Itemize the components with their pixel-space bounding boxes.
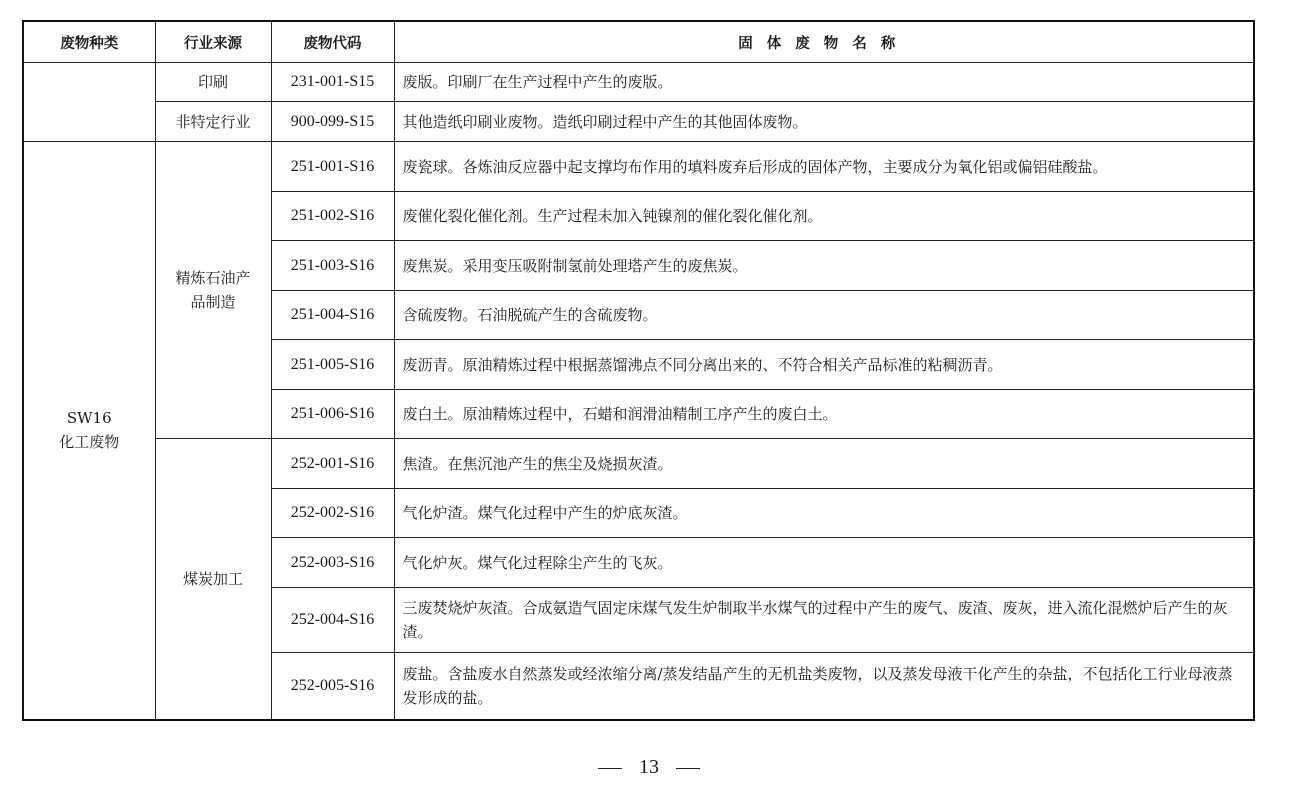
table-row: 印刷 231-001-S15 废版。印刷厂在生产过程中产生的废版。 <box>23 63 1254 102</box>
dash-left-decoration <box>598 768 622 769</box>
code-cell: 251-001-S16 <box>271 142 394 192</box>
dash-right-decoration <box>676 768 700 769</box>
header-waste-category: 废物种类 <box>23 21 155 63</box>
description-cell: 废盐。含盐废水自然蒸发或经浓缩分离/蒸发结晶产生的无机盐类废物，以及蒸发母液干化… <box>394 653 1254 720</box>
source-cell-coal: 煤炭加工 <box>155 439 271 720</box>
category-label: 化工废物 <box>32 430 147 454</box>
source-label-line1: 精炼石油产 <box>164 266 263 290</box>
description-cell: 废白土。原油精炼过程中，石蜡和润滑油精制工序产生的废白土。 <box>394 390 1254 439</box>
description-cell: 气化炉灰。煤气化过程除尘产生的飞灰。 <box>394 538 1254 588</box>
page-footer: 13 <box>0 756 1298 779</box>
code-cell: 231-001-S15 <box>271 63 394 102</box>
category-cell-sw16: SW16 化工废物 <box>23 142 155 720</box>
source-cell: 印刷 <box>155 63 271 102</box>
category-code: SW16 <box>32 406 147 430</box>
code-cell: 252-005-S16 <box>271 653 394 720</box>
table-row: 煤炭加工 252-001-S16 焦渣。在焦沉池产生的焦尘及烧损灰渣。 <box>23 439 1254 489</box>
description-cell: 废瓷球。各炼油反应器中起支撑均布作用的填料废弃后形成的固体产物，主要成分为氧化铝… <box>394 142 1254 192</box>
header-waste-code: 废物代码 <box>271 21 394 63</box>
code-cell: 251-003-S16 <box>271 241 394 291</box>
description-cell: 其他造纸印刷业废物。造纸印刷过程中产生的其他固体废物。 <box>394 102 1254 142</box>
code-cell: 252-004-S16 <box>271 588 394 653</box>
code-cell: 251-006-S16 <box>271 390 394 439</box>
category-cell-empty <box>23 63 155 142</box>
code-cell: 251-002-S16 <box>271 192 394 241</box>
header-industry-source: 行业来源 <box>155 21 271 63</box>
code-cell: 900-099-S15 <box>271 102 394 142</box>
table-header-row: 废物种类 行业来源 废物代码 固体废物名称 <box>23 21 1254 63</box>
description-cell: 废催化裂化催化剂。生产过程未加入钝镍剂的催化裂化催化剂。 <box>394 192 1254 241</box>
code-cell: 252-001-S16 <box>271 439 394 489</box>
code-cell: 251-004-S16 <box>271 291 394 340</box>
description-cell: 废版。印刷厂在生产过程中产生的废版。 <box>394 63 1254 102</box>
source-label-line2: 品制造 <box>164 290 263 314</box>
table-row: 非特定行业 900-099-S15 其他造纸印刷业废物。造纸印刷过程中产生的其他… <box>23 102 1254 142</box>
table-row: SW16 化工废物 精炼石油产 品制造 251-001-S16 废瓷球。各炼油反… <box>23 142 1254 192</box>
source-cell: 非特定行业 <box>155 102 271 142</box>
description-cell: 焦渣。在焦沉池产生的焦尘及烧损灰渣。 <box>394 439 1254 489</box>
solid-waste-table: 废物种类 行业来源 废物代码 固体废物名称 印刷 231-001-S15 废版。… <box>22 20 1255 721</box>
code-cell: 252-003-S16 <box>271 538 394 588</box>
code-cell: 252-002-S16 <box>271 489 394 538</box>
description-cell: 含硫废物。石油脱硫产生的含硫废物。 <box>394 291 1254 340</box>
description-cell: 废沥青。原油精炼过程中根据蒸馏沸点不同分离出来的、不符合相关产品标准的粘稠沥青。 <box>394 340 1254 390</box>
description-cell: 三废焚烧炉灰渣。合成氨造气固定床煤气发生炉制取半水煤气的过程中产生的废气、废渣、… <box>394 588 1254 653</box>
source-cell-refining: 精炼石油产 品制造 <box>155 142 271 439</box>
header-solid-waste-name: 固体废物名称 <box>394 21 1254 63</box>
page-number: 13 <box>639 756 659 778</box>
description-cell: 废焦炭。采用变压吸附制氢前处理塔产生的废焦炭。 <box>394 241 1254 291</box>
description-cell: 气化炉渣。煤气化过程中产生的炉底灰渣。 <box>394 489 1254 538</box>
code-cell: 251-005-S16 <box>271 340 394 390</box>
